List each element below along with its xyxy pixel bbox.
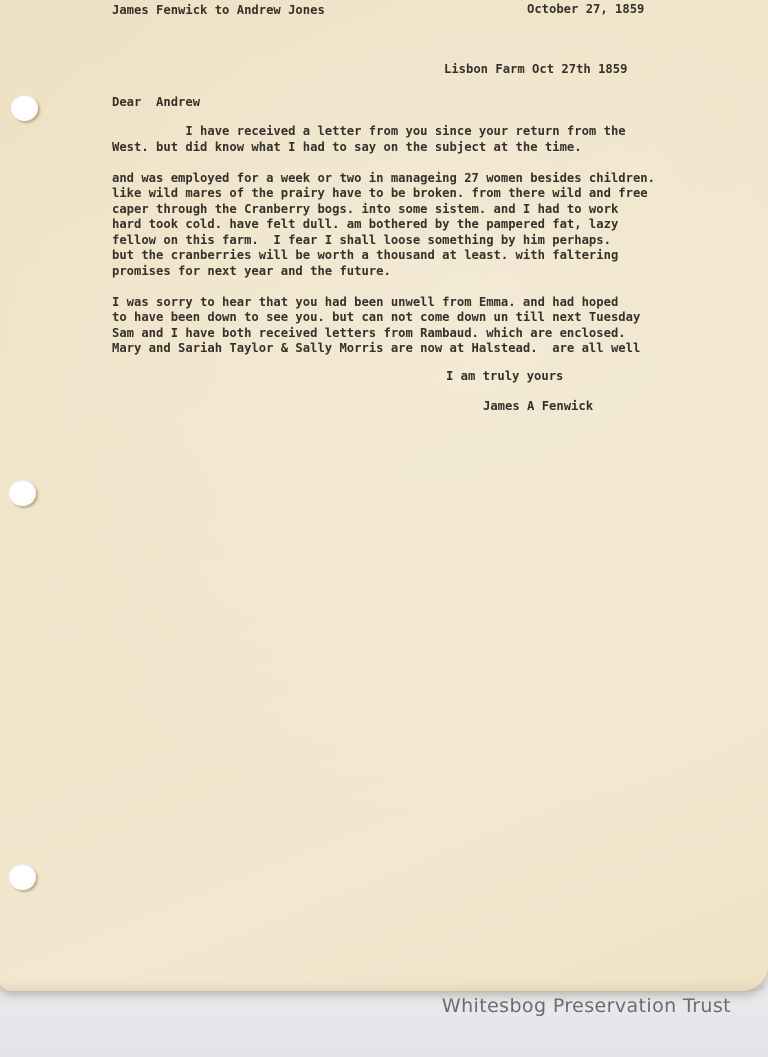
letter-line: fellow on this farm. I fear I shall loos… xyxy=(112,233,655,249)
letter-line: caper through the Cranberry bogs. into s… xyxy=(112,202,655,218)
letter-line: and was employed for a week or two in ma… xyxy=(112,171,655,187)
letter-line: but the cranberries will be worth a thou… xyxy=(112,248,655,264)
archive-credit-watermark: Whitesbog Preservation Trust xyxy=(442,995,731,1017)
letter-line: to have been down to see you. but can no… xyxy=(112,310,655,326)
letter-paragraph: I was sorry to hear that you had been un… xyxy=(112,295,655,357)
letter-signature: James A Fenwick xyxy=(483,399,593,415)
letter-line: West. but did know what I had to say on … xyxy=(112,140,655,156)
punch-hole-middle xyxy=(9,480,36,506)
letter-line: I was sorry to hear that you had been un… xyxy=(112,295,655,311)
punch-hole-bottom xyxy=(9,864,36,890)
letter-dateline: Lisbon Farm Oct 27th 1859 xyxy=(444,62,627,78)
letter-body: I have received a letter from you since … xyxy=(112,124,655,372)
letter-paper-scan: James Fenwick to Andrew Jones October 27… xyxy=(0,0,768,991)
letter-line: Sam and I have both received letters fro… xyxy=(112,326,655,342)
letter-line: hard took cold. have felt dull. am bothe… xyxy=(112,217,655,233)
paper-edge-shadow xyxy=(0,981,768,991)
punch-hole-top xyxy=(11,95,38,121)
letter-line: like wild mares of the prairy have to be… xyxy=(112,186,655,202)
letter-header-correspondents: James Fenwick to Andrew Jones xyxy=(112,3,325,19)
letter-salutation: Dear Andrew xyxy=(112,95,200,111)
letter-closing: I am truly yours xyxy=(446,369,563,385)
letter-line: I have received a letter from you since … xyxy=(112,124,655,140)
letter-paragraph: and was employed for a week or two in ma… xyxy=(112,171,655,280)
letter-line: Mary and Sariah Taylor & Sally Morris ar… xyxy=(112,341,655,357)
letter-header-date: October 27, 1859 xyxy=(527,2,644,18)
letter-paragraph: I have received a letter from you since … xyxy=(112,124,655,155)
letter-line: promises for next year and the future. xyxy=(112,264,655,280)
